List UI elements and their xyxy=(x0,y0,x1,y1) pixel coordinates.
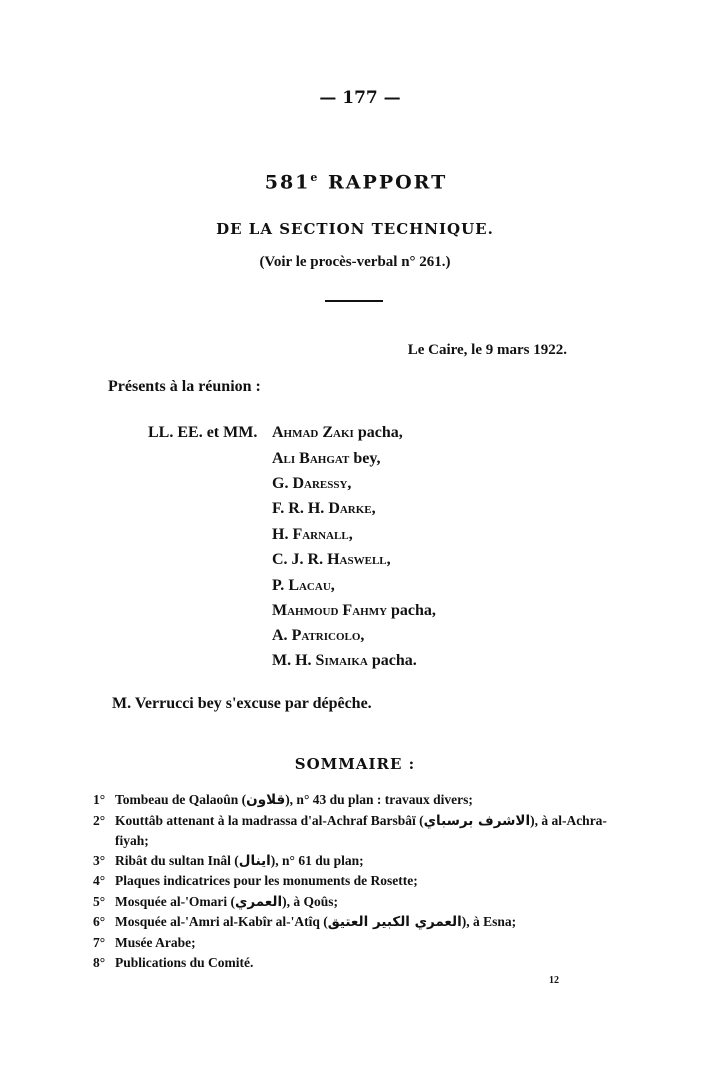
attendee-suffix: pacha, xyxy=(387,602,436,619)
attendee-suffix: pacha, xyxy=(354,424,403,441)
summary-item-text: ), à Qoûs; xyxy=(282,894,338,909)
summary-item-text: Plaques indicatrices pour les monuments … xyxy=(115,873,418,888)
summary-item-text: Tombeau de Qalaoûn ( xyxy=(115,792,246,807)
attendees-intro: LL. EE. et MM. xyxy=(148,424,257,442)
sommaire-heading: SOMMAIRE : xyxy=(0,755,710,773)
attendee-suffix: pacha. xyxy=(368,652,417,669)
summary-item: 6°Mosquée al-'Amri al-Kabîr al-'Atîq (ال… xyxy=(93,912,633,933)
attendee: Ali Bahgat bey, xyxy=(272,450,381,468)
excuse-note: M. Verrucci bey s'excuse par dépêche. xyxy=(112,695,372,713)
attendee-initials: G. xyxy=(272,475,292,492)
summary-item-number: 5° xyxy=(93,892,115,912)
attendee: C. J. R. Haswell, xyxy=(272,551,391,569)
attendee-name: Haswell xyxy=(327,551,387,568)
arabic-text: قلاون xyxy=(246,792,285,808)
summary-item: 8°Publications du Comité. xyxy=(93,953,633,974)
arabic-text: العمري xyxy=(235,894,282,910)
attendee-name: Ali Bahgat xyxy=(272,450,349,467)
summary-item-text: Mosquée al-'Amri al-Kabîr al-'Atîq ( xyxy=(115,914,328,929)
attendee: A. Patricolo, xyxy=(272,627,364,645)
attendee: P. Lacau, xyxy=(272,577,335,595)
summary-item-text: Mosquée al-'Omari ( xyxy=(115,894,235,909)
attendee-name: Simaika xyxy=(316,652,368,669)
attendee-suffix: , xyxy=(372,500,376,517)
summary-item-number: 3° xyxy=(93,851,115,871)
attendee-name: Mahmoud Fahmy xyxy=(272,602,387,619)
attendee-suffix: , xyxy=(349,526,353,543)
summary-item: 2°Kouttâb attenant à la madrassa d'al-Ac… xyxy=(93,811,633,851)
page-number: — 177 — xyxy=(0,88,720,108)
attendee: G. Daressy, xyxy=(272,475,351,493)
attendee-suffix: , xyxy=(360,627,364,644)
presents-heading: Présents à la réunion : xyxy=(108,378,261,396)
summary-item-text: ), à Esna; xyxy=(462,914,516,929)
attendee-suffix: , xyxy=(347,475,351,492)
summary-item-number: 6° xyxy=(93,912,115,932)
report-title: 581e RAPPORT xyxy=(0,171,712,193)
signature-mark: 12 xyxy=(549,975,559,986)
arabic-text: اينال xyxy=(239,853,271,869)
attendee-suffix: bey, xyxy=(349,450,380,467)
summary-item-text: Ribât du sultan Inâl ( xyxy=(115,853,239,868)
attendee-name: Darke xyxy=(328,500,371,517)
summary-item: 5°Mosquée al-'Omari (العمري), à Qoûs; xyxy=(93,892,633,913)
summary-item-number: 2° xyxy=(93,811,115,831)
attendee-initials: M. H. xyxy=(272,652,316,669)
attendee-initials: P. xyxy=(272,577,288,594)
summary-item: 7°Musée Arabe; xyxy=(93,933,633,954)
dateline: Le Caire, le 9 mars 1922. xyxy=(408,342,567,359)
summary-item: 1°Tombeau de Qalaoûn (قلاون), n° 43 du p… xyxy=(93,790,633,811)
arabic-text: العمري الكبير العتيق xyxy=(328,914,462,930)
attendee-initials: C. J. R. xyxy=(272,551,327,568)
attendee-suffix: , xyxy=(331,577,335,594)
summary-item: 3°Ribât du sultan Inâl (اينال), n° 61 du… xyxy=(93,851,633,872)
summary-item-text: ), n° 61 du plan; xyxy=(271,853,364,868)
arabic-text: الاشرف برسباي xyxy=(424,813,530,829)
summary-item-text: Musée Arabe; xyxy=(115,935,196,950)
attendee-initials: A. xyxy=(272,627,292,644)
attendee-name: Ahmad Zaki xyxy=(272,424,354,441)
attendee-initials: F. R. H. xyxy=(272,500,328,517)
summary-item-number: 4° xyxy=(93,871,115,891)
report-number: 581 xyxy=(265,171,311,193)
attendee-suffix: , xyxy=(387,551,391,568)
summary-item-text: ), n° 43 du plan : travaux divers; xyxy=(285,792,473,807)
attendee: H. Farnall, xyxy=(272,526,353,544)
summary-item-number: 1° xyxy=(93,790,115,810)
summary-item-number: 8° xyxy=(93,953,115,973)
attendee-name: Daressy xyxy=(292,475,347,492)
attendee: Mahmoud Fahmy pacha, xyxy=(272,602,436,620)
proces-verbal-reference: (Voir le procès-verbal n° 261.) xyxy=(0,254,710,271)
attendee: Ahmad Zaki pacha, xyxy=(272,424,403,442)
report-label: RAPPORT xyxy=(328,171,447,193)
attendee: F. R. H. Darke, xyxy=(272,500,376,518)
attendee-name: Patricolo xyxy=(292,627,361,644)
summary-item: 4°Plaques indicatrices pour les monument… xyxy=(93,871,633,892)
summary-list: 1°Tombeau de Qalaoûn (قلاون), n° 43 du p… xyxy=(93,790,633,974)
attendee-name: Lacau xyxy=(288,577,330,594)
summary-item-text: Publications du Comité. xyxy=(115,955,253,970)
summary-item-text: Kouttâb attenant à la madrassa d'al-Achr… xyxy=(115,813,424,828)
report-number-superscript: e xyxy=(310,171,319,184)
summary-item-number: 7° xyxy=(93,933,115,953)
attendee-name: Farnall xyxy=(292,526,348,543)
horizontal-rule xyxy=(325,300,383,302)
section-subtitle: DE LA SECTION TECHNIQUE. xyxy=(0,220,710,238)
attendee: M. H. Simaika pacha. xyxy=(272,652,417,670)
attendee-initials: H. xyxy=(272,526,292,543)
